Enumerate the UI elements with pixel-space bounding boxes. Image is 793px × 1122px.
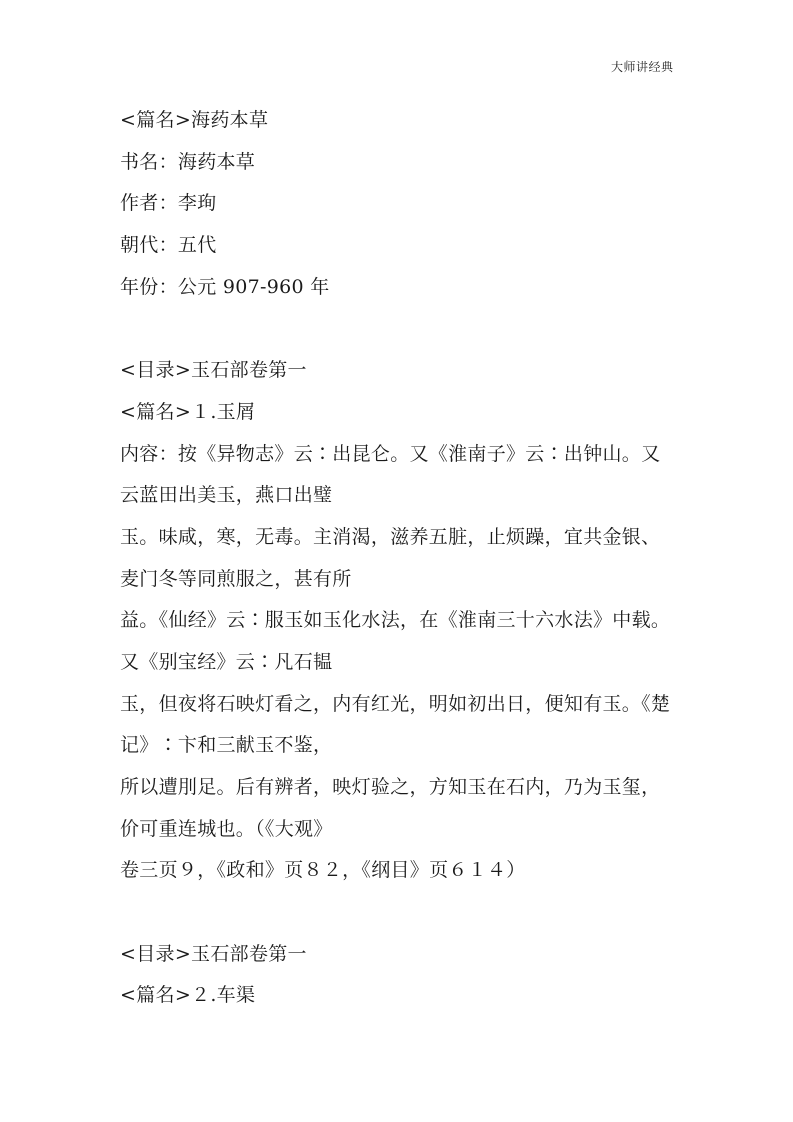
document-body: <篇名>海药本草 书名：海药本草 作者：李珣 朝代：五代 年份：公元 907-9… (120, 100, 690, 1017)
book-name-line: 书名：海药本草 (120, 142, 690, 184)
chapter-title-line: <篇名>海药本草 (120, 100, 690, 142)
page-header: 大师讲经典 (611, 58, 674, 75)
content-line: 益。《仙经》云∶服玉如玉化水法，在《淮南三十六水法》中载。 (120, 600, 690, 642)
blank-line (120, 308, 690, 350)
blank-line (120, 892, 690, 934)
content-line: 价可重连城也。（《大观》 (120, 809, 690, 851)
section-title-line: <篇名>１.玉屑 (120, 392, 690, 434)
author-line: 作者：李珣 (120, 183, 690, 225)
content-line: 玉。味咸，寒，无毒。主消渴，滋养五脏，止烦躁，宜共金银、 (120, 517, 690, 559)
year-line: 年份：公元 907-960 年 (120, 267, 690, 309)
content-line: 内容：按《异物志》云∶出昆仑。又《淮南子》云∶出钟山。又 (120, 434, 690, 476)
dynasty-line: 朝代：五代 (120, 225, 690, 267)
toc-line: <目录>玉石部卷第一 (120, 350, 690, 392)
content-line: 云蓝田出美玉，燕口出璧 (120, 475, 690, 517)
content-line: 所以遭刖足。后有辨者，映灯验之，方知玉在石内，乃为玉玺， (120, 767, 690, 809)
content-line: 记》∶卞和三献玉不鉴， (120, 725, 690, 767)
content-line: 又《别宝经》云∶凡石韫 (120, 642, 690, 684)
toc-line: <目录>玉石部卷第一 (120, 934, 690, 976)
content-line: 麦门冬等同煎服之，甚有所 (120, 559, 690, 601)
citation-line: 卷三页９，《政和》页８２，《纲目》页６１４） (120, 850, 690, 892)
content-line: 玉，但夜将石映灯看之，内有红光，明如初出日，便知有玉。《楚 (120, 684, 690, 726)
section-title-line: <篇名>２.车渠 (120, 975, 690, 1017)
